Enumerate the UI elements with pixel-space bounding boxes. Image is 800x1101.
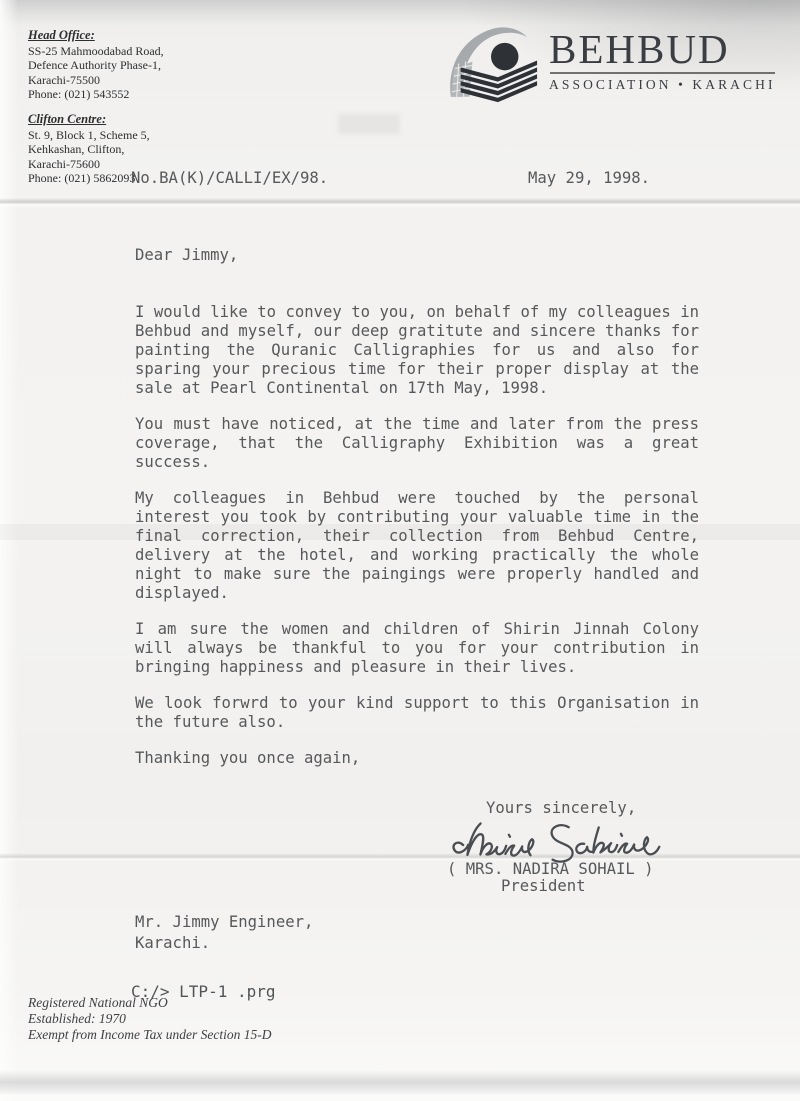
clifton-centre-title: Clifton Centre: — [28, 112, 150, 127]
org-name: BEHBUD — [549, 29, 776, 70]
address-line: Karachi-75500 — [28, 73, 164, 88]
addressee-line: Karachi. — [135, 933, 313, 954]
logo-divider — [550, 72, 775, 74]
scan-edge-left — [0, 0, 18, 1101]
behbud-logo-mark-icon — [443, 20, 541, 104]
paragraph: I am sure the women and children of Shir… — [135, 620, 699, 677]
addressee-line: Mr. Jimmy Engineer, — [135, 912, 313, 933]
address-line: St. 9, Block 1, Scheme 5, — [28, 128, 150, 143]
scan-shadow-bottom — [0, 1070, 800, 1094]
typed-signer-name: ( MRS. NADIRA SOHAIL ) — [447, 860, 654, 878]
paragraph: We look forwrd to your kind support to t… — [135, 694, 699, 732]
salutation: Dear Jimmy, — [135, 246, 699, 265]
footer-line: Exempt from Income Tax under Section 15-… — [28, 1027, 271, 1043]
scanned-letter-page: Head Office: SS-25 Mahmoodabad Road, Def… — [0, 0, 800, 1101]
address-line: Phone: (021) 543552 — [28, 87, 164, 102]
org-subtitle: ASSOCIATION • KARACHI — [549, 77, 776, 93]
behbud-logo-text: BEHBUD ASSOCIATION • KARACHI — [549, 20, 776, 93]
paragraph: You must have noticed, at the time and l… — [135, 415, 699, 472]
footer-line: Established: 1970 — [28, 1011, 271, 1027]
head-office-address: Head Office: SS-25 Mahmoodabad Road, Def… — [28, 28, 164, 102]
closing-line: Thanking you once again, — [135, 749, 699, 768]
head-office-title: Head Office: — [28, 28, 164, 43]
behbud-logo: BEHBUD ASSOCIATION • KARACHI — [443, 20, 776, 104]
letter-body: Dear Jimmy, I would like to convey to yo… — [135, 246, 699, 768]
paragraph: I would like to convey to you, on behalf… — [135, 303, 699, 398]
letter-date: May 29, 1998. — [528, 169, 650, 187]
paragraph: My colleagues in Behbud were touched by … — [135, 489, 699, 603]
signer-title: President — [501, 877, 586, 895]
address-line: SS-25 Mahmoodabad Road, — [28, 44, 164, 59]
addressee-block: Mr. Jimmy Engineer, Karachi. — [135, 912, 313, 953]
reference-number: No.BA(K)/CALLI/EX/98. — [131, 169, 328, 187]
scan-smudge — [338, 114, 400, 134]
footer-line: Registered National NGO — [28, 995, 271, 1011]
footer-registration-block: Registered National NGO Established: 197… — [28, 995, 271, 1043]
fold-crease-top — [0, 198, 800, 208]
address-line: Defence Authority Phase-1, — [28, 58, 164, 73]
address-line: Kehkashan, Clifton, — [28, 142, 150, 157]
